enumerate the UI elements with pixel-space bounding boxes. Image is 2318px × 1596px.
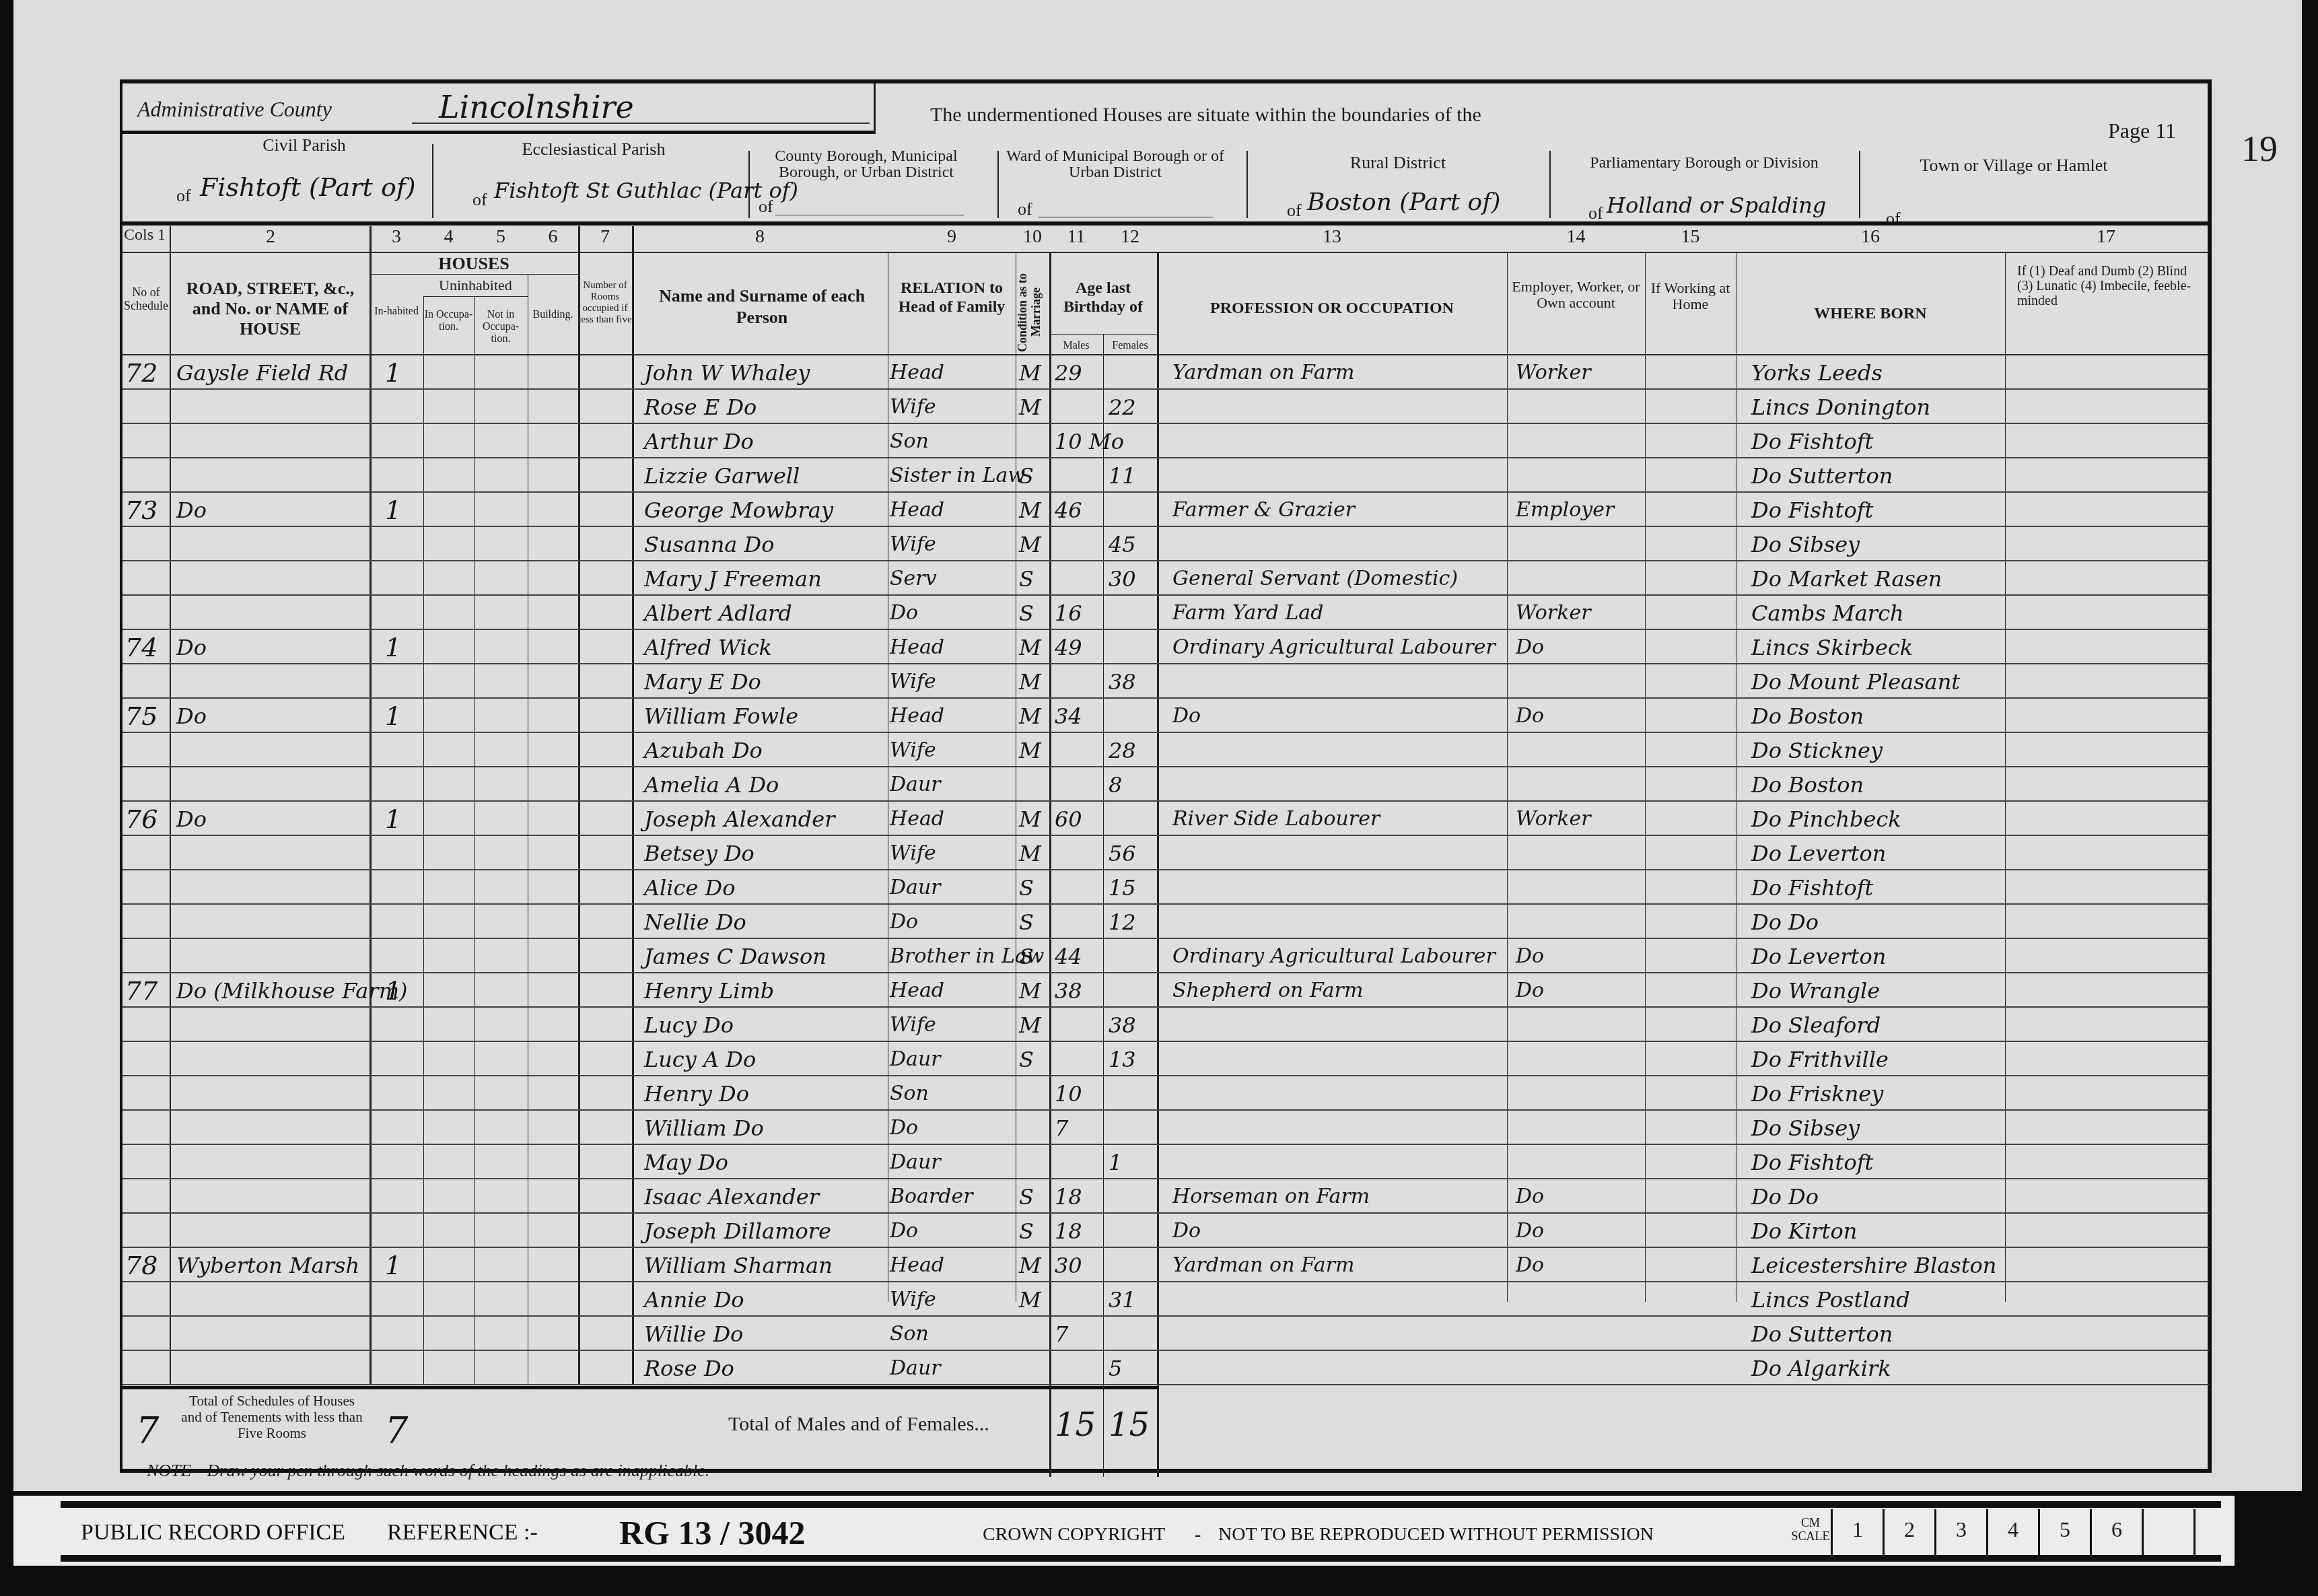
occupation: Ordinary Agricultural Labourer <box>1172 631 1506 664</box>
inhabited-count: 1 <box>385 1249 412 1282</box>
marital-condition: S <box>1019 905 1049 939</box>
occupation: Horseman on Farm <box>1172 1180 1506 1214</box>
col-number: 7 <box>578 226 632 248</box>
divider <box>1549 151 1551 218</box>
person-name: Mary E Do <box>644 665 886 699</box>
person-name: Betsey Do <box>644 837 886 870</box>
divider <box>423 296 528 297</box>
marital-condition: S <box>1019 1043 1049 1076</box>
male-age: 7 <box>1055 1317 1102 1351</box>
relation: Wife <box>890 1008 1014 1042</box>
relation: Daur <box>890 768 1014 802</box>
occupation: Farmer & Grazier <box>1172 493 1506 527</box>
schedule-number: 74 <box>125 631 168 664</box>
marital-condition: S <box>1019 940 1049 973</box>
male-age: 16 <box>1055 596 1102 630</box>
person-name: Rose Do <box>644 1352 886 1385</box>
col-number: 13 <box>1157 226 1507 248</box>
marital-condition: M <box>1019 1249 1049 1282</box>
birthplace: Do Sutterton <box>1751 1317 2004 1351</box>
employer-status: Do <box>1516 631 1640 664</box>
person-name: Mary J Freeman <box>644 562 886 596</box>
birthplace: Lincs Postland <box>1751 1283 2004 1317</box>
employer-status: Do <box>1516 1214 1640 1248</box>
person-name: William Do <box>644 1111 886 1145</box>
underline <box>1038 217 1213 217</box>
birthplace: Do Sutterton <box>1751 459 2004 493</box>
of-label: of <box>1018 199 1032 219</box>
header-divider <box>122 221 2209 225</box>
person-name: Joseph Dillamore <box>644 1214 886 1248</box>
header-road: ROAD, STREET, &c., and No. or NAME of HO… <box>171 279 370 339</box>
rural-district-value: Boston (Part of) <box>1307 188 1501 216</box>
male-age: 34 <box>1055 699 1102 733</box>
footer-office: PUBLIC RECORD OFFICE <box>81 1520 345 1546</box>
col-number: 15 <box>1645 226 1736 248</box>
footer-copyright: CROWN COPYRIGHT <box>983 1524 1165 1546</box>
birthplace: Do Boston <box>1751 699 2004 733</box>
schedule-number: 76 <box>125 802 168 836</box>
relation: Son <box>890 425 1014 458</box>
person-name: William Sharman <box>644 1249 886 1282</box>
person-name: Susanna Do <box>644 528 886 561</box>
marital-condition: M <box>1019 699 1049 733</box>
road-name: Do <box>176 699 368 733</box>
divider <box>1246 151 1248 218</box>
person-name: Annie Do <box>644 1283 886 1317</box>
marital-condition: M <box>1019 734 1049 767</box>
person-name: Albert Adlard <box>644 596 886 630</box>
person-name: Alice Do <box>644 871 886 905</box>
birthplace: Do Boston <box>1751 768 2004 802</box>
female-age: 45 <box>1109 528 1156 561</box>
birthplace: Do Market Rasen <box>1751 562 2004 596</box>
male-age: 10 <box>1055 1077 1102 1111</box>
female-age: 30 <box>1109 562 1156 596</box>
birthplace: Do Fishtoft <box>1751 1146 2004 1179</box>
relation: Sister in Law <box>890 459 1014 493</box>
col-number: 8 <box>632 226 888 248</box>
header-relation: RELATION to Head of Family <box>888 279 1016 316</box>
employer-status: Worker <box>1516 802 1640 836</box>
male-age: 44 <box>1055 940 1102 973</box>
divider <box>370 274 578 275</box>
header-building: Building. <box>528 309 578 321</box>
header-schedule: No of Schedule <box>122 285 170 312</box>
male-age: 38 <box>1055 974 1102 1008</box>
marital-condition: M <box>1019 837 1049 870</box>
person-name: Willie Do <box>644 1317 886 1351</box>
birthplace: Do Sibsey <box>1751 528 2004 561</box>
ecclesiastical-parish-label: Ecclesiastical Parish <box>459 141 728 158</box>
col-number: 12 <box>1103 226 1157 248</box>
col-number: 9 <box>888 226 1016 248</box>
marital-condition: M <box>1019 974 1049 1008</box>
header-inhabited: In-habited <box>370 306 423 318</box>
road-name: Do <box>176 631 368 664</box>
male-age: 60 <box>1055 802 1102 836</box>
county-box-bottom <box>122 131 875 134</box>
schedule-number: 73 <box>125 493 168 527</box>
header-occupation: PROFESSION OR OCCUPATION <box>1157 300 1507 316</box>
relation: Head <box>890 974 1014 1008</box>
person-name: May Do <box>644 1146 886 1179</box>
road-name: Do (Milkhouse Farm) <box>176 974 368 1008</box>
county-borough-label: County Borough, Municipal Borough, or Ur… <box>752 148 981 180</box>
relation: Do <box>890 905 1014 939</box>
ward-label: Ward of Municipal Borough or of Urban Di… <box>1001 148 1230 180</box>
of-label: of <box>759 197 773 217</box>
relation: Son <box>890 1317 1014 1351</box>
scale-mark <box>2142 1509 2196 1559</box>
col-number: 3 <box>370 226 423 248</box>
female-age: 5 <box>1109 1352 1156 1385</box>
col-number: 2 <box>170 226 372 248</box>
inhabited-count: 1 <box>385 699 412 733</box>
male-age: 18 <box>1055 1214 1102 1248</box>
relation: Do <box>890 1111 1014 1145</box>
col-number: Cols 1 <box>124 226 171 244</box>
employer-status: Do <box>1516 699 1640 733</box>
relation: Do <box>890 596 1014 630</box>
header-uninhabited: Uninhabited <box>423 277 528 293</box>
occupation: Yardman on Farm <box>1172 1249 1506 1282</box>
header-bottom <box>122 354 2209 355</box>
relation: Son <box>890 1077 1014 1111</box>
person-name: Arthur Do <box>644 425 886 458</box>
employer-status: Worker <box>1516 356 1640 390</box>
person-name: John W Whaley <box>644 356 886 390</box>
relation: Wife <box>890 390 1014 424</box>
relation: Serv <box>890 562 1014 596</box>
marital-condition: M <box>1019 493 1049 527</box>
person-name: Henry Limb <box>644 974 886 1008</box>
occupation: Shepherd on Farm <box>1172 974 1506 1008</box>
relation: Daur <box>890 1146 1014 1179</box>
of-label: of <box>472 190 487 210</box>
parliamentary-label: Parliamentary Borough or Division <box>1556 155 1852 171</box>
header-name: Name and Surname of each Person <box>654 285 870 328</box>
female-age: 8 <box>1109 768 1156 802</box>
footer-rule <box>61 1501 2221 1508</box>
of-label: of <box>1588 203 1603 223</box>
relation: Wife <box>890 1283 1014 1317</box>
relation: Head <box>890 356 1014 390</box>
person-name: Amelia A Do <box>644 768 886 802</box>
scale-mark: 3 <box>1934 1509 1986 1559</box>
marital-condition: M <box>1019 1008 1049 1042</box>
male-age: 49 <box>1055 631 1102 664</box>
rural-district-label: Rural District <box>1253 155 1543 171</box>
header-home: If Working at Home <box>1645 280 1736 312</box>
archive-footer: PUBLIC RECORD OFFICE REFERENCE :- RG 13 … <box>13 1496 2235 1566</box>
female-age: 15 <box>1109 871 1156 905</box>
col-line <box>1103 334 1104 1477</box>
road-name: Gaysle Field Rd <box>176 356 368 390</box>
header-houses: HOUSES <box>370 256 578 272</box>
schedule-number: 72 <box>125 356 168 390</box>
occupation: Ordinary Agricultural Labourer <box>1172 940 1506 973</box>
marital-condition: S <box>1019 1180 1049 1214</box>
col-line <box>370 226 372 1384</box>
civil-parish-label: Civil Parish <box>183 137 425 153</box>
male-age: 46 <box>1055 493 1102 527</box>
col-number: 5 <box>474 226 528 248</box>
totals-persons-label: Total of Males and of Females... <box>728 1413 989 1436</box>
occupation: River Side Labourer <box>1172 802 1506 836</box>
relation: Wife <box>890 734 1014 767</box>
birthplace: Do Fishtoft <box>1751 871 2004 905</box>
birthplace: Do Kirton <box>1751 1214 2004 1248</box>
footer-reference-value: RG 13 / 3042 <box>619 1513 805 1552</box>
divider <box>748 151 750 218</box>
employer-status: Worker <box>1516 596 1640 630</box>
underline <box>775 215 964 215</box>
female-age: 1 <box>1109 1146 1156 1179</box>
schedule-number: 75 <box>125 699 168 733</box>
relation: Wife <box>890 665 1014 699</box>
inhabited-count: 1 <box>385 631 412 664</box>
person-name: Nellie Do <box>644 905 886 939</box>
col-number: 16 <box>1736 226 2005 248</box>
inhabited-count: 1 <box>385 356 412 390</box>
col-line <box>528 274 528 1384</box>
inhabited-count: 1 <box>385 802 412 836</box>
birthplace: Lincs Skirbeck <box>1751 631 2004 664</box>
colnum-divider <box>122 252 2209 253</box>
total-schedules: 7 <box>136 1410 159 1452</box>
of-label: of <box>1287 201 1302 221</box>
birthplace: Do Leverton <box>1751 940 2004 973</box>
occupation: General Servant (Domestic) <box>1172 562 1506 596</box>
footer-separator: - <box>1195 1524 1201 1546</box>
person-name: Isaac Alexander <box>644 1180 886 1214</box>
female-age: 11 <box>1109 459 1156 493</box>
header-condition: Condition as to Marriage <box>1016 272 1049 353</box>
road-name: Do <box>176 493 368 527</box>
col-line <box>632 226 634 1384</box>
birthplace: Do Wrangle <box>1751 974 2004 1008</box>
road-name: Wyberton Marsh <box>176 1249 368 1282</box>
relation: Head <box>890 1249 1014 1282</box>
header-not-in-occupation: Not in Occupa-tion. <box>474 309 528 345</box>
marital-condition: S <box>1019 459 1049 493</box>
marital-condition: M <box>1019 390 1049 424</box>
total-males: 15 <box>1055 1406 1096 1444</box>
divider <box>1859 151 1860 218</box>
footer-reference-label: REFERENCE :- <box>387 1520 538 1546</box>
marital-condition: M <box>1019 665 1049 699</box>
male-age: 7 <box>1055 1111 1102 1145</box>
col-line <box>474 296 475 1384</box>
relation: Daur <box>890 1352 1014 1385</box>
col-line <box>1157 252 1159 1477</box>
totals-schedules-label: Total of Schedules of Houses and of Tene… <box>178 1393 366 1441</box>
birthplace: Do Pinchbeck <box>1751 802 2004 836</box>
road-name: Do <box>176 802 368 836</box>
divider <box>997 151 999 218</box>
female-age: 31 <box>1109 1283 1156 1317</box>
female-age: 56 <box>1109 837 1156 870</box>
birthplace: Do Mount Pleasant <box>1751 665 2004 699</box>
col-line <box>423 296 424 1384</box>
birthplace: Do Fishtoft <box>1751 493 2004 527</box>
occupation: Yardman on Farm <box>1172 356 1506 390</box>
col-line <box>1049 252 1051 1477</box>
person-name: Henry Do <box>644 1077 886 1111</box>
col-number: 6 <box>528 226 578 248</box>
town-label: Town or Village or Hamlet <box>1866 158 2162 174</box>
person-name: Lucy A Do <box>644 1043 886 1076</box>
county-value: Lincolnshire <box>439 89 634 125</box>
scale-mark: 1 <box>1831 1509 1883 1559</box>
header-employer: Employer, Worker, or Own account <box>1507 279 1645 311</box>
birthplace: Do Algarkirk <box>1751 1352 2004 1385</box>
schedule-number: 77 <box>125 974 168 1008</box>
census-form: Administrative County Lincolnshire The u… <box>120 79 2212 1473</box>
person-name: Lucy Do <box>644 1008 886 1042</box>
county-label: Administrative County <box>137 97 332 122</box>
marital-condition: S <box>1019 562 1049 596</box>
scale-mark: 6 <box>2090 1509 2142 1559</box>
birthplace: Cambs March <box>1751 596 2004 630</box>
marital-condition: M <box>1019 802 1049 836</box>
birthplace: Do Do <box>1751 905 2004 939</box>
total-houses: 7 <box>385 1410 408 1452</box>
col-number: 10 <box>1016 226 1049 248</box>
total-females: 15 <box>1109 1406 1150 1444</box>
female-age: 38 <box>1109 1008 1156 1042</box>
parliamentary-value: Holland or Spalding <box>1607 193 1826 218</box>
employer-status: Employer <box>1516 493 1640 527</box>
header-in-occupation: In Occupa-tion. <box>423 309 474 333</box>
scale-mark: 2 <box>1883 1509 1934 1559</box>
female-age: 28 <box>1109 734 1156 767</box>
relation: Head <box>890 699 1014 733</box>
footer-restriction: NOT TO BE REPRODUCED WITHOUT PERMISSION <box>1218 1524 1654 1546</box>
relation: Daur <box>890 871 1014 905</box>
page-number: Page 11 <box>2108 118 2176 143</box>
county-underline <box>412 123 870 124</box>
col-number: 17 <box>2005 226 2207 248</box>
inhabited-count: 1 <box>385 493 412 527</box>
person-name: Rose E Do <box>644 390 886 424</box>
relation: Head <box>890 802 1014 836</box>
occupation: Do <box>1172 699 1506 733</box>
birthplace: Do Do <box>1751 1180 2004 1214</box>
female-age: 12 <box>1109 905 1156 939</box>
form-note: NOTE—Draw your pen through such words of… <box>147 1461 709 1481</box>
marital-condition: M <box>1019 356 1049 390</box>
person-name: William Fowle <box>644 699 886 733</box>
header-rooms: Number of Rooms occupied if less than fi… <box>578 280 632 326</box>
birthplace: Do Sibsey <box>1751 1111 2004 1145</box>
col-number: 14 <box>1507 226 1645 248</box>
marital-condition: M <box>1019 631 1049 664</box>
female-age: 38 <box>1109 665 1156 699</box>
civil-parish-value: Fishtoft (Part of) <box>200 172 416 202</box>
folio-number: 19 <box>2241 128 2278 170</box>
birthplace: Leicestershire Blaston <box>1751 1249 2004 1282</box>
male-age: 29 <box>1055 356 1102 390</box>
employer-status: Do <box>1516 1180 1640 1214</box>
schedule-number: 78 <box>125 1249 168 1282</box>
header-males: Males <box>1049 338 1103 354</box>
footer-scale-label: CM SCALE <box>1790 1516 1831 1543</box>
relation: Wife <box>890 837 1014 870</box>
birthplace: Do Stickney <box>1751 734 2004 767</box>
employer-status: Do <box>1516 974 1640 1008</box>
col-line <box>578 226 580 1384</box>
marital-condition: M <box>1019 528 1049 561</box>
marital-condition: S <box>1019 596 1049 630</box>
scale-mark: 5 <box>2038 1509 2090 1559</box>
birthplace: Yorks Leeds <box>1751 356 2004 390</box>
birthplace: Do Fishtoft <box>1751 425 2004 458</box>
occupation: Do <box>1172 1214 1506 1248</box>
marital-condition: S <box>1019 871 1049 905</box>
person-name: Alfred Wick <box>644 631 886 664</box>
employer-status: Do <box>1516 1249 1640 1282</box>
header-females: Females <box>1103 338 1157 354</box>
col-number: 11 <box>1049 226 1103 248</box>
person-name: Azubah Do <box>644 734 886 767</box>
relation: Head <box>890 631 1014 664</box>
relation: Head <box>890 493 1014 527</box>
header-age: Age last Birthday of <box>1049 279 1157 316</box>
inhabited-count: 1 <box>385 974 412 1008</box>
birthplace: Do Friskney <box>1751 1077 2004 1111</box>
birthplace: Do Sleaford <box>1751 1008 2004 1042</box>
col-line <box>170 226 171 1384</box>
person-name: Lizzie Garwell <box>644 459 886 493</box>
situate-text: The undermentioned Houses are situate wi… <box>930 104 1481 127</box>
male-age: 30 <box>1055 1249 1102 1282</box>
person-name: Joseph Alexander <box>644 802 886 836</box>
marital-condition: S <box>1019 1214 1049 1248</box>
person-name: George Mowbray <box>644 493 886 527</box>
male-age: 10 Mo <box>1055 425 1102 458</box>
county-box-right <box>874 83 876 134</box>
divider <box>432 144 433 218</box>
relation: Boarder <box>890 1180 1014 1214</box>
male-age: 18 <box>1055 1180 1102 1214</box>
occupation: Farm Yard Lad <box>1172 596 1506 630</box>
scale-mark: 4 <box>1986 1509 2038 1559</box>
of-label: of <box>176 186 191 206</box>
birthplace: Lincs Donington <box>1751 390 2004 424</box>
relation: Daur <box>890 1043 1014 1076</box>
relation: Wife <box>890 528 1014 561</box>
female-age: 13 <box>1109 1043 1156 1076</box>
relation: Do <box>890 1214 1014 1248</box>
marital-condition: M <box>1019 1283 1049 1317</box>
female-age: 22 <box>1109 390 1156 424</box>
relation: Brother in Law <box>890 940 1014 973</box>
birthplace: Do Frithville <box>1751 1043 2004 1076</box>
col-number: 4 <box>423 226 474 248</box>
employer-status: Do <box>1516 940 1640 973</box>
ecclesiastical-parish-value: Fishtoft St Guthlac (Part of) <box>494 178 798 203</box>
totals-divider <box>122 1386 1159 1389</box>
header-infirmity: If (1) Deaf and Dumb (2) Blind (3) Lunat… <box>2017 264 2199 308</box>
header-born: WHERE BORN <box>1736 306 2005 322</box>
person-name: James C Dawson <box>644 940 886 973</box>
birthplace: Do Leverton <box>1751 837 2004 870</box>
